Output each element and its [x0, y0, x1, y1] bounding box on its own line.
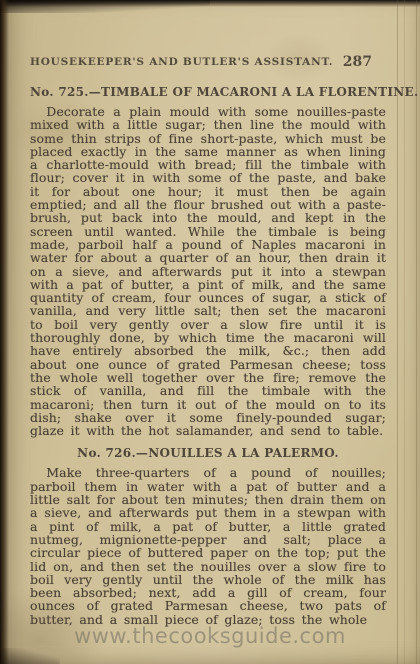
recipe-725-body: Decorate a plain mould with some nouille… [30, 105, 386, 437]
recipe-726-body: Make three-quarters of a pound of nouill… [30, 466, 386, 626]
page-content: HOUSEKEEPER'S AND BUTLER'S ASSISTANT. 28… [30, 56, 386, 635]
page-edge-line [404, 0, 405, 664]
scanned-book-page: HOUSEKEEPER'S AND BUTLER'S ASSISTANT. 28… [0, 0, 420, 664]
page-number: 287 [343, 54, 372, 70]
page-header: HOUSEKEEPER'S AND BUTLER'S ASSISTANT. 28… [30, 56, 386, 72]
running-title: HOUSEKEEPER'S AND BUTLER'S ASSISTANT. [30, 56, 330, 68]
watermark-url: www.thecooksguide.com [0, 624, 420, 648]
scan-edge-left [0, 0, 9, 664]
page-edge-line [397, 0, 398, 664]
page-edge-line [416, 0, 417, 664]
scan-edge-bottom-left [0, 648, 60, 664]
scan-edge-top-left [0, 0, 210, 13]
recipe-726-heading: No. 726.—NOUILLES A LA PALERMO. [30, 446, 386, 460]
recipe-725-heading: No. 725.—TIMBALE OF MACARONI A LA FLOREN… [30, 85, 386, 99]
